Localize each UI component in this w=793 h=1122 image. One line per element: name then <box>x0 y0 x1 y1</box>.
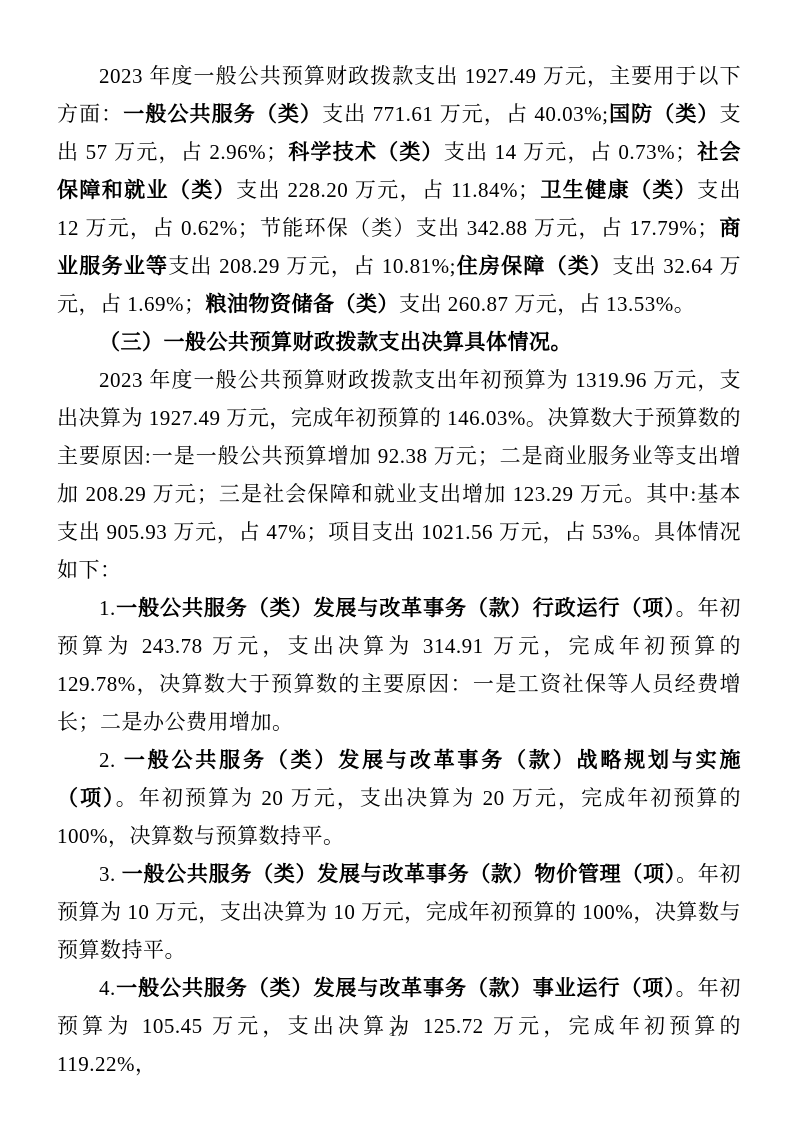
paragraph-item-3-price-management: 3. 一般公共服务（类）发展与改革事务（款）物价管理（项）。年初预算为 10 万… <box>57 855 741 969</box>
text-segment: 3. <box>99 862 122 886</box>
page-number: 17 <box>0 1022 793 1042</box>
bold-text-segment: 一般公共服务（类）发展与改革事务（款）物价管理（项） <box>122 862 676 886</box>
text-segment: 。年初预算为 20 万元，支出决算为 20 万元，完成年初预算的 100%，决算… <box>57 786 741 848</box>
bold-text-segment: 一般公共服务（类）发展与改革事务（款）行政运行（项） <box>116 596 676 620</box>
text-segment: 2. <box>99 748 124 772</box>
text-segment: 支出 771.61 万元，占 40.03%; <box>322 102 608 126</box>
paragraph-expenditure-overview: 2023 年度一般公共预算财政拨款支出 1927.49 万元，主要用于以下方面：… <box>57 57 741 323</box>
bold-text-segment: 一般公共服务（类）发展与改革事务（款）事业运行（项） <box>116 976 676 1000</box>
document-body: 2023 年度一般公共预算财政拨款支出 1927.49 万元，主要用于以下方面：… <box>57 57 741 1083</box>
section-heading-text: （三）一般公共预算财政拨款支出决算具体情况。 <box>99 330 572 354</box>
bold-text-segment: 粮油物资储备（类） <box>206 292 400 316</box>
text-segment: 支出 208.29 万元，占 10.81%; <box>168 254 456 278</box>
document-page: 2023 年度一般公共预算财政拨款支出 1927.49 万元，主要用于以下方面：… <box>0 0 793 1122</box>
section-heading: （三）一般公共预算财政拨款支出决算具体情况。 <box>57 323 741 361</box>
bold-text-segment: 国防（类） <box>608 102 719 126</box>
text-segment: 支出 260.87 万元，占 13.53%。 <box>399 292 695 316</box>
text-segment: 支出 14 万元，占 0.73%； <box>444 140 697 164</box>
text-segment: 支出 228.20 万元，占 11.84%； <box>236 178 539 202</box>
paragraph-item-1-administrative-operation: 1.一般公共服务（类）发展与改革事务（款）行政运行（项）。年初预算为 243.7… <box>57 589 741 741</box>
bold-text-segment: 住房保障（类） <box>456 254 612 278</box>
paragraph-budget-summary: 2023 年度一般公共预算财政拨款支出年初预算为 1319.96 万元，支出决算… <box>57 361 741 589</box>
paragraph-item-2-strategic-planning: 2. 一般公共服务（类）发展与改革事务（款）战略规划与实施（项）。年初预算为 2… <box>57 741 741 855</box>
text-segment: 1. <box>99 596 116 620</box>
bold-text-segment: 科学技术（类） <box>288 140 444 164</box>
text-segment: 4. <box>99 976 116 1000</box>
text-segment: 2023 年度一般公共预算财政拨款支出年初预算为 1319.96 万元，支出决算… <box>57 368 741 582</box>
bold-text-segment: 一般公共服务（类） <box>123 102 322 126</box>
bold-text-segment: 卫生健康（类） <box>540 178 698 202</box>
